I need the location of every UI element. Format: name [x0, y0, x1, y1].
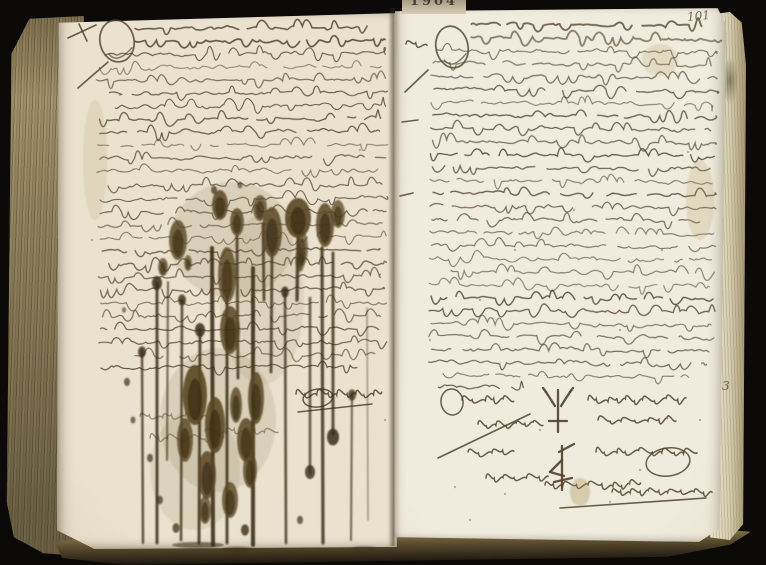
marginal-note: 3: [722, 379, 730, 393]
archive-photo: 1904 101 3: [0, 0, 766, 565]
page-number: 101: [686, 8, 710, 24]
page-tab: 1904: [402, 0, 466, 14]
manuscript-ink-layer: [0, 0, 766, 565]
tab-number: 1904: [402, 0, 466, 9]
